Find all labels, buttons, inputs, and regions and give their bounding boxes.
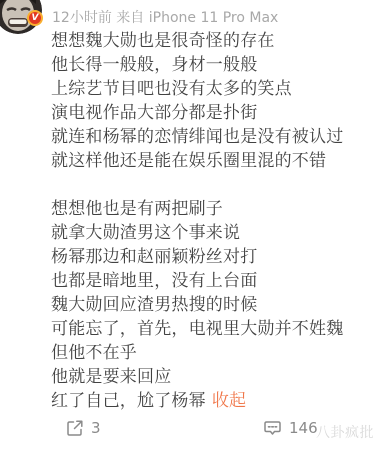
post-text-line: 杨幂那边和赵丽颖粉丝对打 xyxy=(51,245,365,269)
collapse-link[interactable]: 收起 xyxy=(212,391,246,411)
paragraph-2: 想想他也是有两把刷子 就拿大勋渣男这个事来说 杨幂那边和赵丽颖粉丝对打 也都是暗… xyxy=(51,197,365,413)
post-text-line: 红了自己，尬了杨幂 xyxy=(51,391,206,411)
post-text-line: 上综艺节目吧也没有太多的笑点 xyxy=(51,77,365,101)
paragraph-1: 想想魏大勋也是很奇怪的存在 他长得一般般，身材一般般 上综艺节目吧也没有太多的笑… xyxy=(51,29,365,173)
verified-badge-icon: V xyxy=(27,10,43,26)
post-text-line: 演电视作品大部分都是扑街 xyxy=(51,101,365,125)
post-text-line: 他就是要来回应 xyxy=(51,365,365,389)
post-text-line: 就拿大勋渣男这个事来说 xyxy=(51,221,365,245)
post-text-line: 也都是暗地里，没有上台面 xyxy=(51,269,365,293)
post-text-line: 就连和杨幂的恋情绯闻也是没有被认过 xyxy=(51,125,365,149)
post-meta: 12小时前 来自 iPhone 11 Pro Max xyxy=(52,7,278,27)
post-text-line: 可能忘了，首先，电视里大勋并不姓魏 xyxy=(51,317,365,341)
post-text-line: 就这样他还是能在娱乐圈里混的不错 xyxy=(51,149,365,173)
post-text-line: 但他不在乎 xyxy=(51,341,365,365)
weibo-post: V 12小时前 来自 iPhone 11 Pro Max 想想魏大勋也是很奇怪的… xyxy=(0,0,373,451)
watermark: 八卦疯批 xyxy=(316,422,373,442)
comment-icon xyxy=(263,419,282,437)
post-text-line: 红了自己，尬了杨幂收起 xyxy=(51,389,365,413)
source-device: iPhone 11 Pro Max xyxy=(149,10,279,26)
comment-count: 146 xyxy=(289,419,318,437)
post-text-line: 想想魏大勋也是很奇怪的存在 xyxy=(51,29,365,53)
post-text-line: 他长得一般般，身材一般般 xyxy=(51,53,365,77)
share-icon xyxy=(66,419,84,437)
post-text-line: 想想他也是有两把刷子 xyxy=(51,197,365,221)
action-bar: 3 146 八卦疯批 xyxy=(0,419,373,445)
timestamp: 12小时前 xyxy=(52,10,112,26)
post-content: 想想魏大勋也是很奇怪的存在 他长得一般般，身材一般般 上综艺节目吧也没有太多的笑… xyxy=(51,29,365,413)
post-text-line: 魏大勋回应渣男热搜的时候 xyxy=(51,293,365,317)
share-button[interactable]: 3 xyxy=(66,419,101,437)
share-count: 3 xyxy=(91,419,101,437)
comment-button[interactable]: 146 xyxy=(263,419,318,437)
source-prefix: 来自 xyxy=(116,10,144,26)
